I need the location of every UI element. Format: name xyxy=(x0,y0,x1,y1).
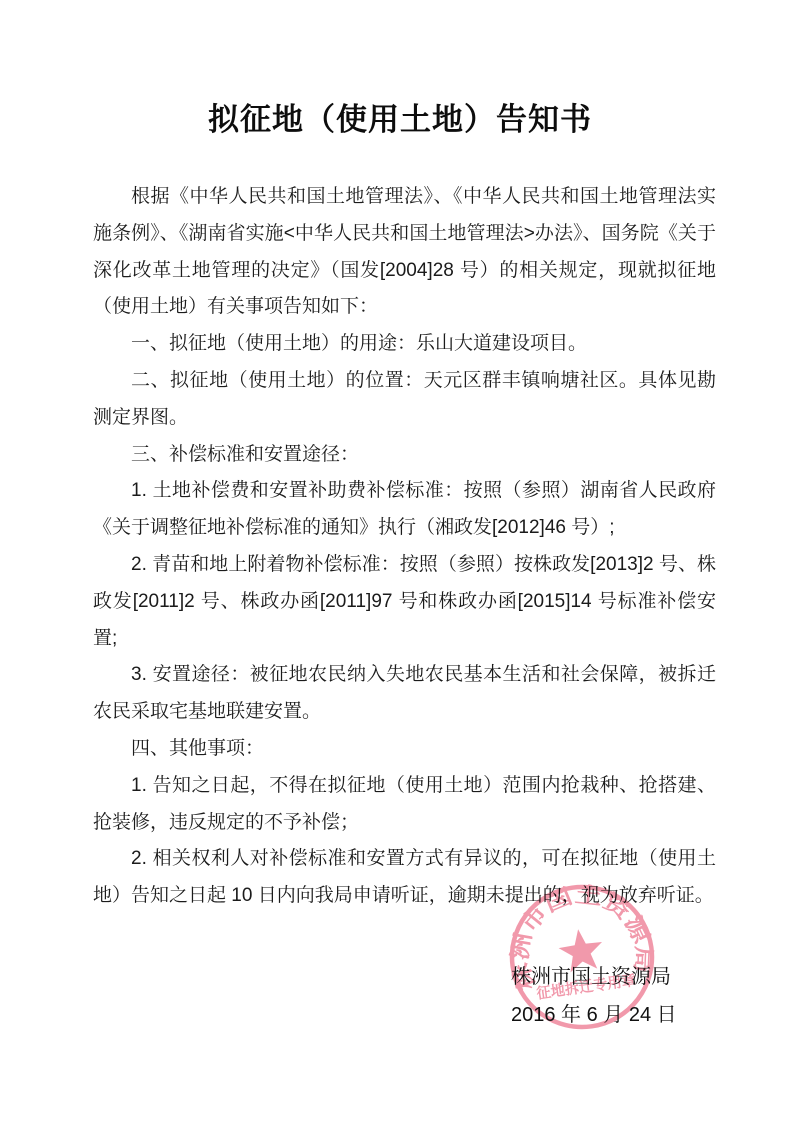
paragraph-item-1-purpose: 一、拟征地（使用土地）的用途：乐山大道建设项目。 xyxy=(93,326,716,363)
paragraph-item-2-location: 二、拟征地（使用土地）的位置：天元区群丰镇响塘社区。具体见勘测定界图。 xyxy=(93,363,716,437)
document-body: 根据《中华人民共和国土地管理法》、《中华人民共和国土地管理法实施条例》、《湖南省… xyxy=(93,179,716,915)
paragraph-item-4-heading: 四、其他事项： xyxy=(93,731,716,768)
signature-block: 株洲市国土资源局 2016 年 6 月 24 日 xyxy=(511,958,677,1034)
signature-agency: 株洲市国土资源局 xyxy=(511,958,677,996)
notice-document-page: 拟征地（使用土地）告知书 根据《中华人民共和国土地管理法》、《中华人民共和国土地… xyxy=(0,0,800,1131)
paragraph-item-3-heading: 三、补偿标准和安置途径： xyxy=(93,437,716,474)
signature-date: 2016 年 6 月 24 日 xyxy=(511,996,677,1034)
paragraph-item-4-1: 1. 告知之日起，不得在拟征地（使用土地）范围内抢栽种、抢搭建、抢装修，违反规定… xyxy=(93,768,716,842)
paragraph-item-3-2: 2. 青苗和地上附着物补偿标准：按照（参照）按株政发[2013]2 号、株政发[… xyxy=(93,547,716,657)
paragraph-legal-basis: 根据《中华人民共和国土地管理法》、《中华人民共和国土地管理法实施条例》、《湖南省… xyxy=(93,179,716,326)
paragraph-item-3-1: 1. 土地补偿费和安置补助费补偿标准：按照（参照）湖南省人民政府《关于调整征地补… xyxy=(93,473,716,547)
document-title: 拟征地（使用土地）告知书 xyxy=(0,0,800,139)
paragraph-item-3-3: 3. 安置途径：被征地农民纳入失地农民基本生活和社会保障，被拆迁农民采取宅基地联… xyxy=(93,657,716,731)
